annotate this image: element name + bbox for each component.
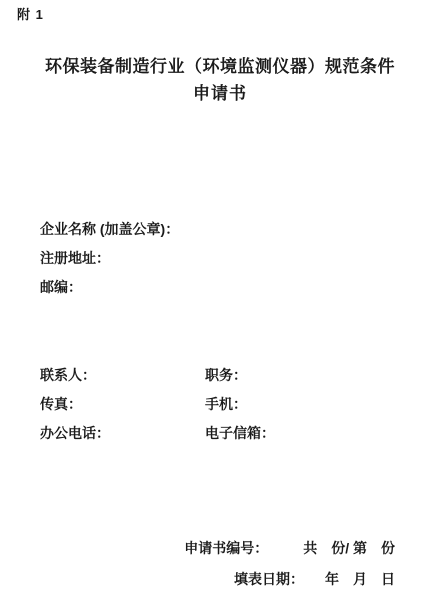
fill-date-line: 填表日期： 年 月 日 [0, 564, 395, 595]
contact-info-section: 联系人： 职务： 传真： 手机： 办公电话： 电子信箱： [40, 361, 275, 448]
contact-row: 联系人： 职务： [40, 361, 275, 390]
contact-row: 传真： 手机： [40, 390, 275, 419]
fax-label: 传真： [40, 390, 205, 419]
email-label: 电子信箱： [205, 419, 275, 448]
registered-address-label: 注册地址： [40, 244, 179, 273]
application-number-line: 申请书编号： 共 份/ 第 份 [0, 533, 395, 564]
attachment-number-label: 附 1 [17, 4, 44, 23]
company-name-label: 企业名称 (加盖公章)： [40, 215, 179, 244]
form-title-block: 环保装备制造行业（环境监测仪器）规范条件 申请书 [0, 54, 440, 108]
office-phone-label: 办公电话： [40, 419, 205, 448]
contact-row: 办公电话： 电子信箱： [40, 419, 275, 448]
postal-code-label: 邮编： [40, 273, 179, 302]
form-footer-section: 申请书编号： 共 份/ 第 份 填表日期： 年 月 日 [0, 533, 440, 595]
application-form-page: 附 1 环保装备制造行业（环境监测仪器）规范条件 申请书 企业名称 (加盖公章)… [0, 0, 440, 597]
company-info-section: 企业名称 (加盖公章)： 注册地址： 邮编： [40, 215, 179, 302]
form-subtitle: 申请书 [0, 80, 440, 108]
contact-person-label: 联系人： [40, 361, 205, 390]
mobile-phone-label: 手机： [205, 390, 275, 419]
job-title-label: 职务： [205, 361, 275, 390]
form-title: 环保装备制造行业（环境监测仪器）规范条件 [0, 54, 440, 80]
